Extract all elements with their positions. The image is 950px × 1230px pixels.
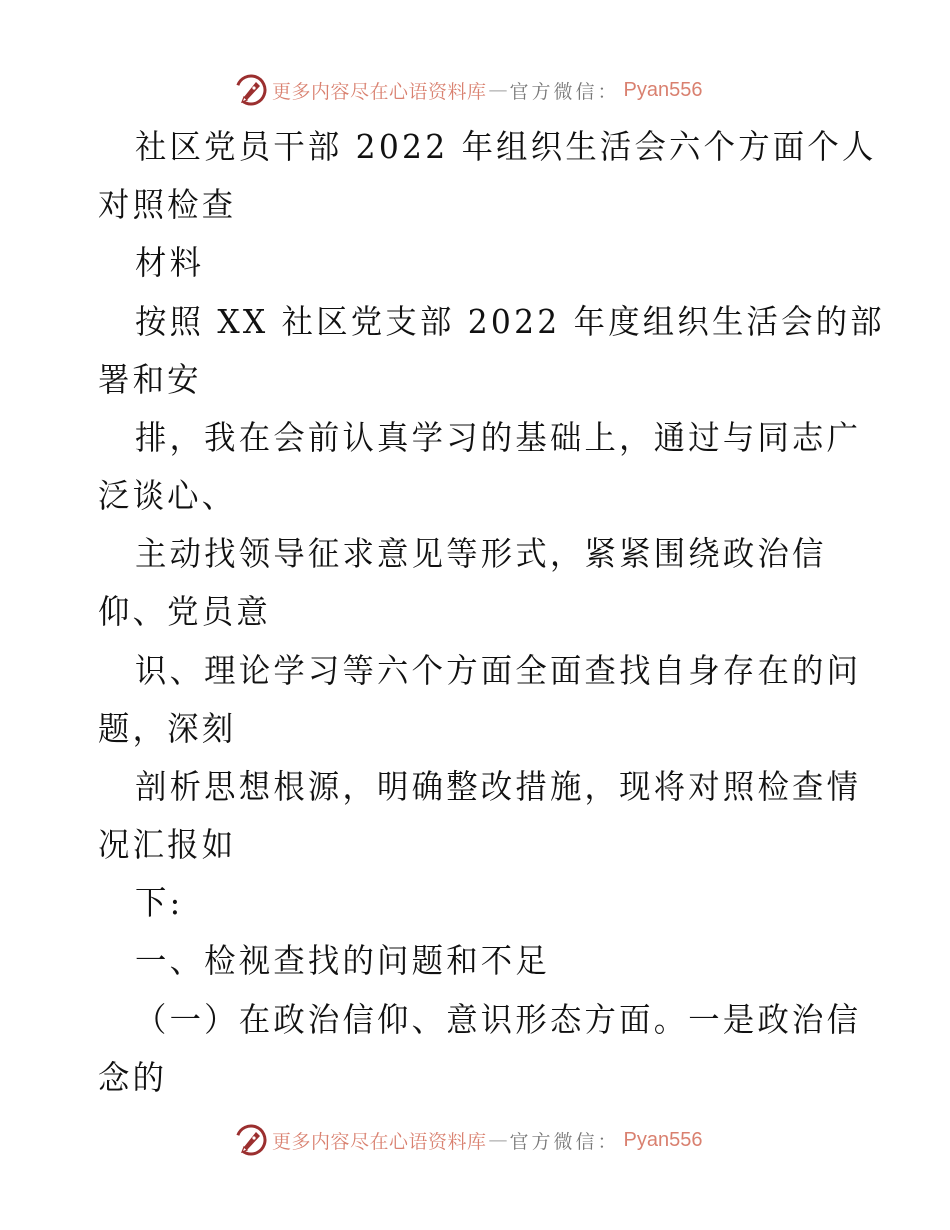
subsection-line: （一）在政治信仰、意识形态方面。一是政治信 [135, 1000, 861, 1040]
paragraph-line: 泛谈心、 [98, 476, 236, 516]
watermark-wechat-id: Pyan556 [624, 79, 703, 102]
paragraph-line: 主动找领导征求意见等形式，紧紧围绕政治信 [135, 534, 827, 574]
title-line-1: 社区党员干部 2022 年组织生活会六个方面个人 [135, 127, 877, 167]
watermark-dash: — [489, 79, 508, 101]
paragraph-line: 排，我在会前认真学习的基础上，通过与同志广 [135, 418, 861, 458]
paragraph-line: 剖析思想根源，明确整改措施，现将对照检查情 [135, 767, 861, 807]
paragraph-line: 况汇报如 [98, 825, 236, 865]
paragraph-line: 仰、党员意 [98, 592, 271, 632]
title-line-3: 材料 [135, 243, 204, 283]
header-watermark: 更多内容尽在心语资料库 — 官方微信： Pyan556 [234, 70, 703, 110]
watermark-dash: — [489, 1129, 508, 1151]
watermark-wechat-label: 官方微信： [510, 77, 620, 104]
watermark-wechat-label: 官方微信： [510, 1127, 620, 1154]
watermark-main-text: 更多内容尽在心语资料库 [272, 1127, 487, 1154]
section-heading: 一、检视查找的问题和不足 [135, 941, 550, 981]
paragraph-line: 署和安 [98, 360, 202, 400]
pen-nib-circle-logo-icon [234, 1123, 268, 1157]
subsection-line: 念的 [98, 1058, 167, 1098]
watermark-main-text: 更多内容尽在心语资料库 [272, 77, 487, 104]
watermark-wechat-id: Pyan556 [624, 1129, 703, 1152]
pen-nib-circle-logo-icon [234, 73, 268, 107]
footer-watermark: 更多内容尽在心语资料库 — 官方微信： Pyan556 [234, 1120, 703, 1160]
title-line-2: 对照检查 [98, 185, 236, 225]
paragraph-line: 题，深刻 [98, 709, 236, 749]
paragraph-line: 按照 XX 社区党支部 2022 年度组织生活会的部 [135, 302, 885, 342]
paragraph-line: 识、理论学习等六个方面全面查找自身存在的问 [135, 651, 861, 691]
paragraph-line: 下: [135, 883, 183, 923]
